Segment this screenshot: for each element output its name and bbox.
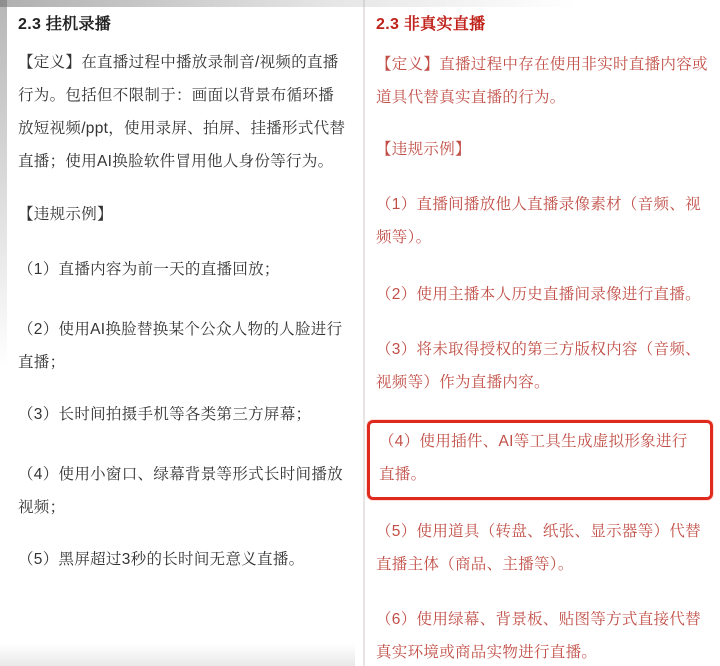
highlight-box: （4）使用插件、AI等工具生成虚拟形象进行直播。 [367, 420, 713, 500]
violation-item-left-3: （3）长时间拍摄手机等各类第三方屏幕； [18, 398, 349, 431]
right-section-heading: 2.3 非真实直播 [376, 8, 710, 41]
violation-item-right-1: （1）直播间播放他人直播录像素材（音频、视频等）。 [376, 188, 710, 254]
left-definition: 【定义】在直播过程中播放录制音/视频的直播行为。包括但不限制于：画面以背景布循环… [18, 46, 349, 178]
violation-item-left-4: （4）使用小窗口、绿幕背景等形式长时间播放视频； [18, 458, 349, 524]
violation-item-right-6: （6）使用绿幕、背景板、贴图等方式直接代替真实环境或商品实物进行直播。 [376, 603, 710, 666]
violation-item-left-5: （5）黑屏超过3秒的长时间无意义直播。 [18, 543, 349, 576]
right-definition: 【定义】直播过程中存在使用非实时直播内容或道具代替真实直播的行为。 [376, 48, 710, 114]
left-examples-label: 【违规示例】 [18, 198, 349, 231]
violation-item-right-4-highlighted: （4）使用插件、AI等工具生成虚拟形象进行直播。 [379, 425, 702, 491]
section-recorded-broadcast: 2.3 挂机录播 【定义】在直播过程中播放录制音/视频的直播行为。包括但不限制于… [0, 0, 363, 666]
violation-item-right-5: （5）使用道具（转盘、纸张、显示器等）代替直播主体（商品、主播等）。 [376, 515, 710, 581]
violation-item-left-2: （2）使用AI换脸替换某个公众人物的人脸进行直播； [18, 313, 349, 379]
violation-item-right-3: （3）将未取得授权的第三方版权内容（音频、视频等）作为直播内容。 [376, 333, 710, 399]
section-non-real-livestream: 2.3 非真实直播 【定义】直播过程中存在使用非实时直播内容或道具代替真实直播的… [365, 0, 720, 666]
left-section-heading: 2.3 挂机录播 [18, 8, 349, 41]
violation-item-left-1: （1）直播内容为前一天的直播回放； [18, 253, 349, 286]
violation-item-right-2: （2）使用主播本人历史直播间录像进行直播。 [376, 278, 710, 311]
policy-comparison-page: 2.3 挂机录播 【定义】在直播过程中播放录制音/视频的直播行为。包括但不限制于… [0, 0, 720, 666]
right-examples-label: 【违规示例】 [376, 133, 710, 166]
